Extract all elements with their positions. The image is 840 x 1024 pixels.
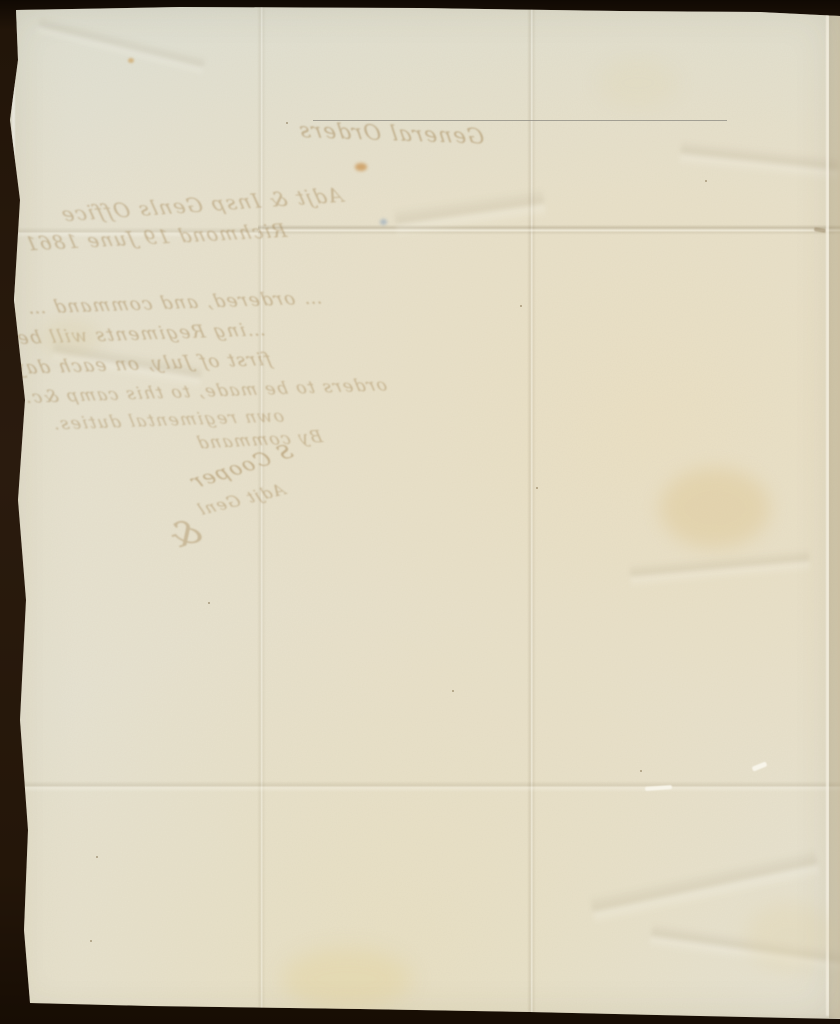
paper-grain-texture — [0, 0, 840, 1024]
bleedthrough-line: By command — [196, 426, 337, 453]
crease-crack-mark — [752, 761, 768, 771]
wrinkle — [629, 548, 810, 588]
folded-right-edge-strip — [829, 14, 840, 1018]
speck — [90, 940, 92, 942]
vertical-fold-crease-right — [527, 0, 536, 1024]
wrinkle — [51, 339, 203, 389]
paper-right-edge-highlight — [826, 12, 829, 1016]
bleedthrough-layer: General OrdersAdjt & Insp Genls OfficeRi… — [0, 0, 840, 1024]
speck — [705, 180, 707, 182]
wrinkle — [589, 848, 820, 925]
wrinkle — [36, 16, 206, 77]
speck — [286, 122, 288, 124]
stain — [355, 163, 367, 171]
stain — [40, 318, 100, 358]
bleedthrough-line: S Cooper — [187, 434, 309, 494]
bleedthrough-line: first of July, on each day, — [8, 346, 364, 379]
paper-sheet: General OrdersAdjt & Insp Genls OfficeRi… — [0, 0, 840, 1024]
ruled-line — [313, 120, 727, 121]
bleedthrough-line: …ing Regiments will be — [16, 316, 362, 349]
bleedthrough-line: Adjt & Insp Genls Office — [60, 182, 361, 227]
paper-left-edge-highlight — [12, 10, 15, 1000]
bleedthrough-line: Adjt Genl — [195, 479, 287, 519]
speck — [536, 487, 538, 489]
stain — [598, 58, 678, 108]
wrinkle — [649, 922, 840, 976]
speck — [452, 690, 454, 692]
stain — [128, 58, 134, 63]
stain — [745, 902, 835, 972]
bleedthrough-line: Richmond 19 June 1861 — [24, 218, 315, 255]
bleedthrough-line: & — [163, 502, 232, 559]
wrinkle — [394, 188, 547, 239]
bleedthrough-line: … ordered, and command … — [26, 286, 357, 319]
bleedthrough-line: own regimental duties. — [52, 405, 313, 434]
horizontal-fold-crease-upper-right — [258, 224, 840, 235]
speck — [640, 770, 642, 772]
bleedthrough-line: orders to be made, to this camp &c. — [24, 376, 364, 408]
horizontal-fold-crease-lower — [0, 781, 840, 792]
stain — [380, 219, 387, 225]
speck — [208, 602, 210, 604]
stain — [660, 468, 770, 548]
vertical-fold-crease-left — [257, 0, 266, 1024]
speck — [96, 856, 98, 858]
bleedthrough-line: General Orders — [298, 118, 469, 148]
horizontal-fold-crease-upper-left — [10, 227, 260, 238]
speck — [520, 305, 522, 307]
crease-crack-mark — [645, 785, 672, 791]
crease-notch-shadow — [814, 227, 826, 233]
stain — [282, 948, 412, 1010]
wrinkle — [679, 140, 840, 183]
scan-backing: General OrdersAdjt & Insp Genls OfficeRi… — [0, 0, 840, 1024]
